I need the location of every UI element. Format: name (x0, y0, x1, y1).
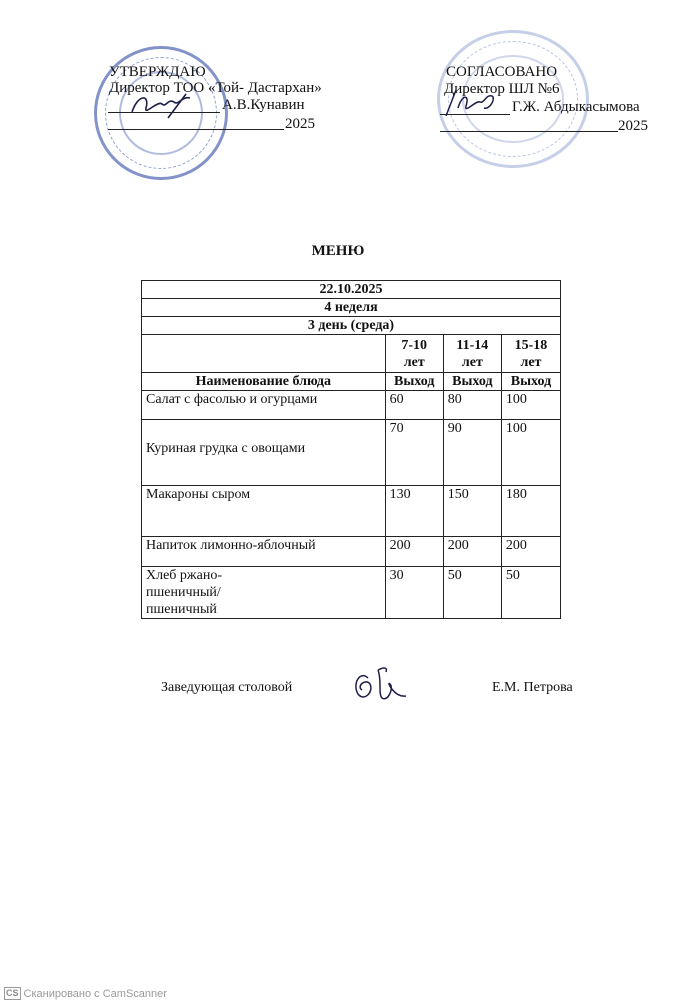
output-column-header: Выход (385, 373, 443, 391)
footer-role: Заведующая столовой (161, 680, 292, 696)
signature-right-icon (440, 86, 500, 120)
dish-name: Напиток лимонно-яблочный (142, 537, 386, 567)
menu-day: 3 день (среда) (142, 317, 561, 335)
output-value: 150 (443, 486, 501, 537)
output-value: 50 (443, 567, 501, 619)
output-value: 100 (501, 420, 560, 486)
output-value: 200 (385, 537, 443, 567)
menu-week: 4 неделя (142, 299, 561, 317)
output-value: 130 (385, 486, 443, 537)
dish-name: Салат с фасолью и огурцами (142, 391, 386, 420)
camscanner-logo-icon: CS (4, 987, 21, 1000)
signature-footer-icon (348, 664, 410, 704)
table-row: Куриная грудка с овощами 70 90 100 (142, 420, 561, 486)
approval-left-heading: УТВЕРЖДАЮ (109, 64, 206, 80)
output-value: 100 (501, 391, 560, 420)
date-line-right (440, 131, 618, 132)
dish-name: Хлеб ржано-пшеничный/пшеничный (142, 567, 386, 619)
output-value: 50 (501, 567, 560, 619)
approval-right-year: 2025 (618, 118, 648, 134)
menu-date: 22.10.2025 (142, 281, 561, 299)
dish-column-header: Наименование блюда (142, 373, 386, 391)
output-value: 200 (443, 537, 501, 567)
age-group-header: 7-10 лет (385, 335, 443, 373)
output-value: 30 (385, 567, 443, 619)
age-group-header: 11-14 лет (443, 335, 501, 373)
output-value: 70 (385, 420, 443, 486)
approval-left-name: А.В.Кунавин (222, 97, 305, 113)
camscanner-watermark: CS Сканировано с CamScanner (4, 987, 167, 1000)
empty-header-cell (142, 335, 386, 373)
table-row: Салат с фасолью и огурцами 60 80 100 (142, 391, 561, 420)
camscanner-text: Сканировано с CamScanner (24, 988, 167, 1000)
output-value: 60 (385, 391, 443, 420)
dish-name: Макароны сыром (142, 486, 386, 537)
footer-name: Е.М. Петрова (492, 680, 573, 696)
signature-left-icon (128, 90, 198, 122)
output-column-header: Выход (443, 373, 501, 391)
date-line-left (108, 129, 284, 130)
approval-left-year: 2025 (285, 116, 315, 132)
output-value: 200 (501, 537, 560, 567)
output-value: 90 (443, 420, 501, 486)
output-column-header: Выход (501, 373, 560, 391)
age-group-header: 15-18 лет (501, 335, 560, 373)
dish-name: Куриная грудка с овощами (142, 420, 386, 486)
output-value: 80 (443, 391, 501, 420)
approval-right-heading: СОГЛАСОВАНО (446, 64, 557, 80)
approval-right-name: Г.Ж. Абдыкасымова (512, 99, 640, 115)
document-title: МЕНЮ (0, 243, 676, 260)
table-row: Хлеб ржано-пшеничный/пшеничный 30 50 50 (142, 567, 561, 619)
table-row: Макароны сыром 130 150 180 (142, 486, 561, 537)
output-value: 180 (501, 486, 560, 537)
menu-table: 22.10.2025 4 неделя 3 день (среда) 7-10 … (141, 280, 561, 619)
table-row: Напиток лимонно-яблочный 200 200 200 (142, 537, 561, 567)
